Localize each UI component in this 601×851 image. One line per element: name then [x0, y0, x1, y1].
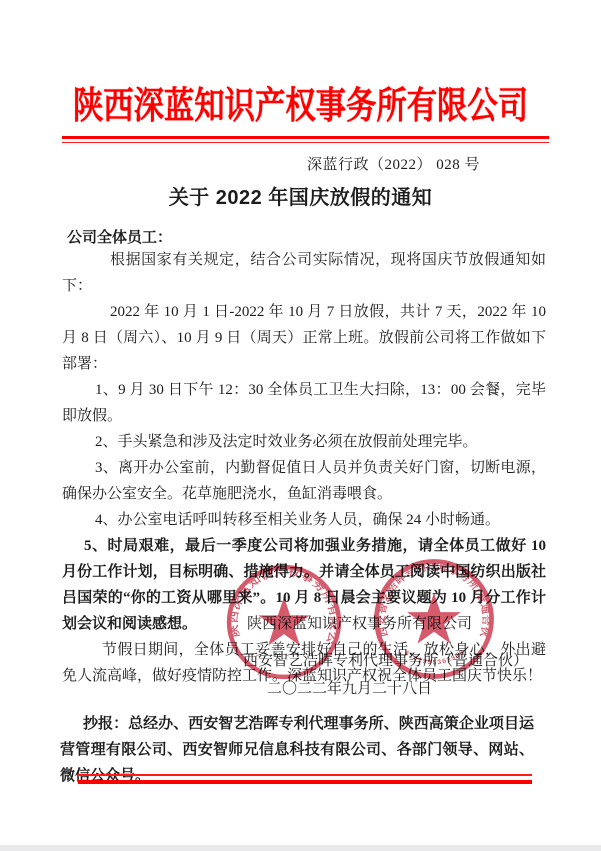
footer-rule-thick [78, 780, 532, 784]
letterhead-rule-thin [62, 142, 549, 144]
paragraph-item-1: 1、9 月 30 日下午 12：30 全体员工卫生大扫除，13：00 会餐，完毕… [62, 377, 546, 429]
footer-rule-thin [78, 774, 532, 776]
company-seal-left-icon: 陕西深蓝知识产权事务所有限公司 [221, 559, 347, 685]
seal-star-right [407, 593, 461, 644]
notice-title: 关于 2022 年国庆放假的通知 [0, 181, 601, 210]
letterhead-rule-thick [62, 136, 549, 139]
letterhead-company-title: 陕西深蓝知识产权事务所有限公司 [54, 84, 547, 128]
company-seal-right-icon: 西安智艺浩晖专利代理事务所(普通合伙) 6101995363918 [368, 553, 500, 685]
cc-distribution-note: 抄报：总经办、西安智艺浩晖专利代理事务所、陕西高策企业项目运营管理有限公司、西安… [60, 711, 534, 789]
svg-text:6101995363918: 6101995363918 [403, 648, 466, 666]
page-bottom-edge [0, 845, 601, 851]
seal-star-left [258, 597, 309, 646]
seal-code-text: 6101995363918 [403, 648, 466, 666]
notice-document-page: 陕西深蓝知识产权事务所有限公司 深蓝行政（2022） 028 号 关于 2022… [0, 0, 601, 851]
paragraph-intro: 根据国家有关规定，结合公司实际情况，现将国庆节放假通知如下： [62, 247, 546, 299]
paragraph-dates: 2022 年 10 月 1 日-2022 年 10 月 7 日放假，共计 7 天… [62, 299, 546, 377]
paragraph-item-3: 3、离开办公室前，内勤督促值日人员并负责关好门窗，切断电源，确保办公室安全。花草… [62, 455, 546, 507]
salutation: 公司全体员工： [67, 226, 172, 247]
paragraph-item-2: 2、手头紧急和涉及法定时效业务必须在放假前处理完毕。 [62, 429, 546, 455]
document-number: 深蓝行政（2022） 028 号 [0, 153, 480, 174]
letterhead-double-rule [62, 136, 549, 143]
paragraph-item-4: 4、办公室电话呼叫转移至相关业务人员，确保 24 小时畅通。 [62, 507, 546, 533]
